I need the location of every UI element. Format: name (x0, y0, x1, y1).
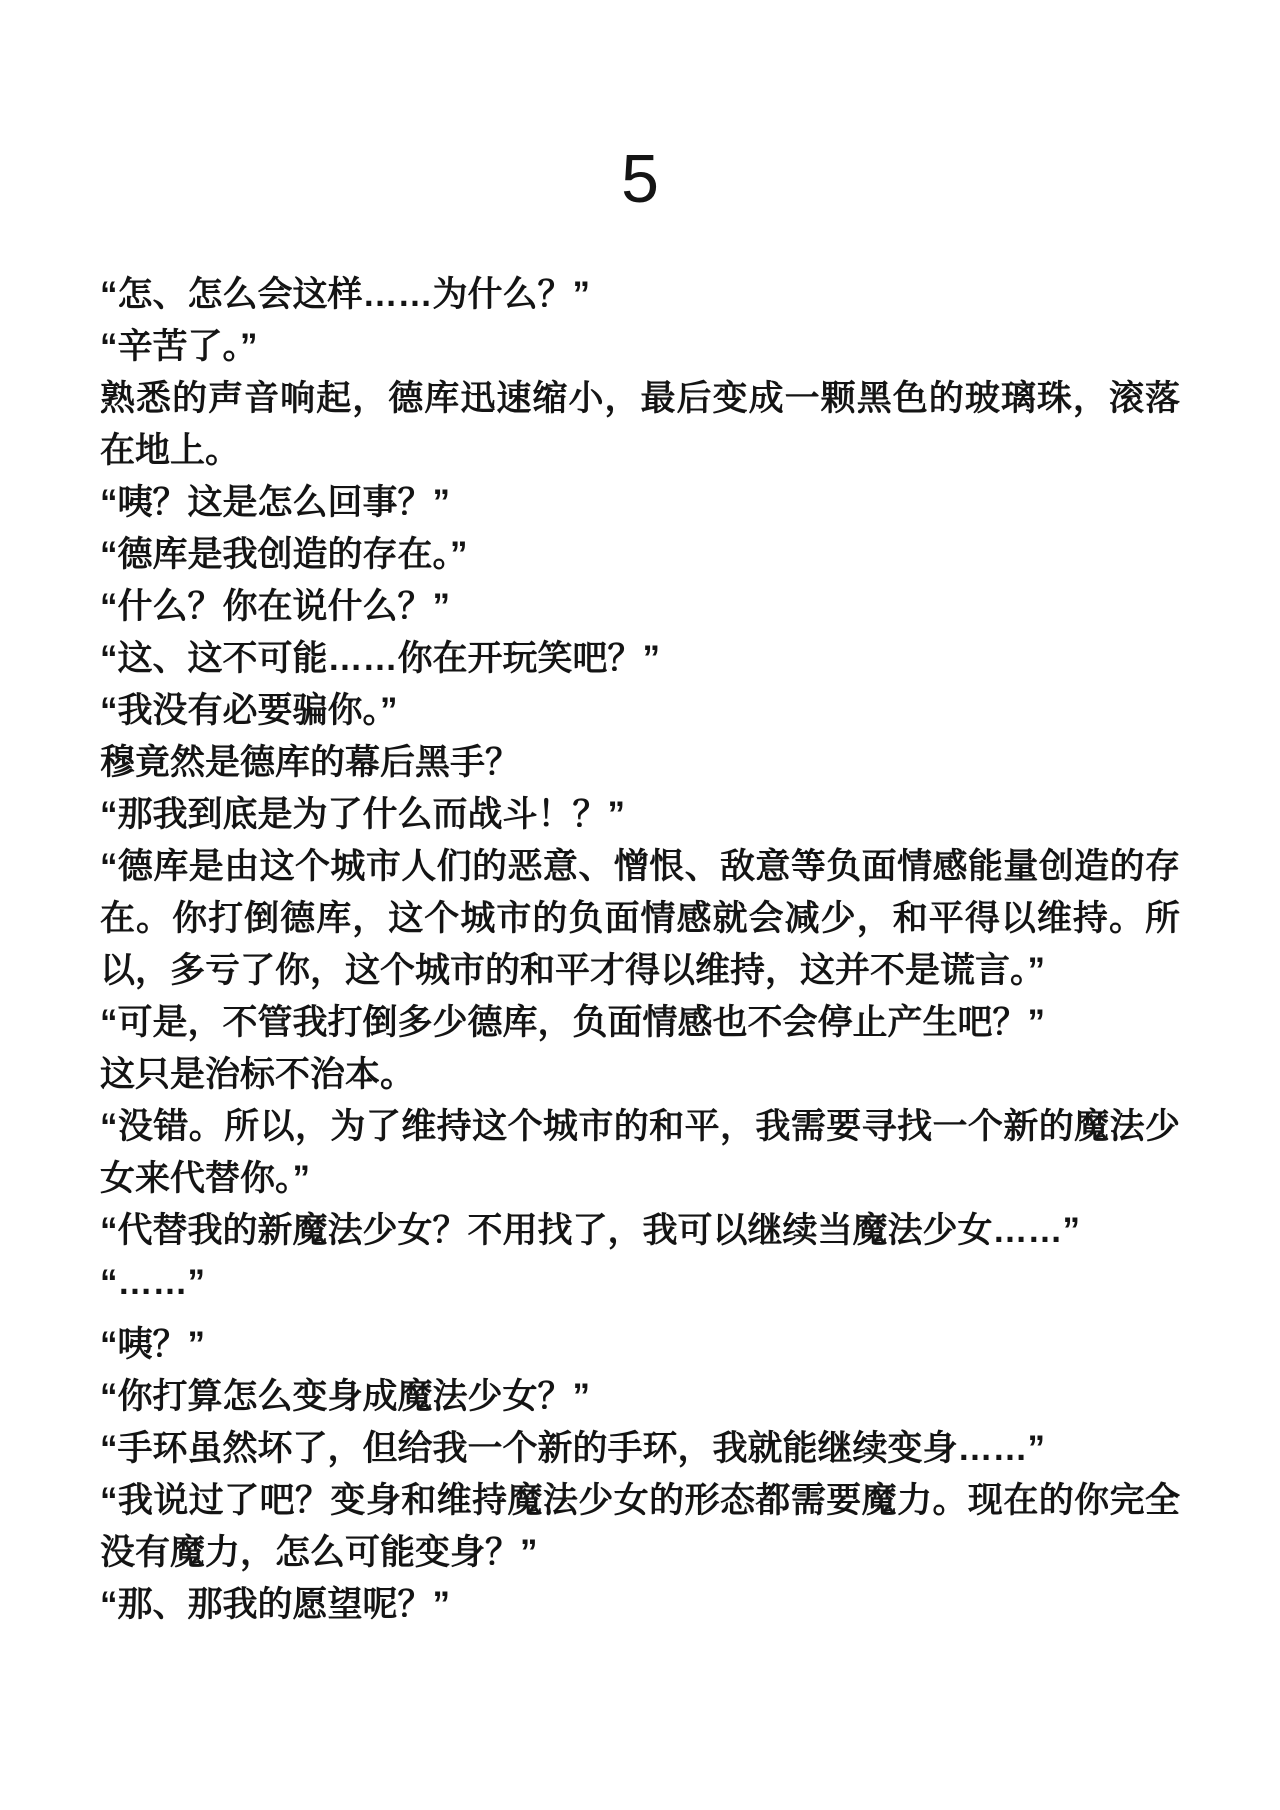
paragraph: “那、那我的愿望呢？” (100, 1579, 1180, 1631)
paragraph: “什么？你在说什么？” (100, 581, 1180, 633)
paragraph: “德库是由这个城市人们的恶意、憎恨、敌意等负面情感能量创造的存在。你打倒德库，这… (100, 841, 1180, 997)
paragraph: “我没有必要骗你。” (100, 685, 1180, 737)
paragraph: “可是，不管我打倒多少德库，负面情感也不会停止产生吧？” (100, 997, 1180, 1049)
paragraph: “那我到底是为了什么而战斗！？” (100, 789, 1180, 841)
paragraph: “……” (100, 1257, 1180, 1309)
paragraph: “手环虽然坏了，但给我一个新的手环，我就能继续变身……” (100, 1423, 1180, 1475)
paragraph: “德库是我创造的存在。” (100, 529, 1180, 581)
paragraph: “我说过了吧？变身和维持魔法少女的形态都需要魔力。现在的你完全没有魔力，怎么可能… (100, 1475, 1180, 1579)
paragraph: “怎、怎么会这样……为什么？” (100, 269, 1180, 321)
chapter-number: 5 (100, 145, 1180, 213)
paragraph: “你打算怎么变身成魔法少女？” (100, 1371, 1180, 1423)
paragraph: “没错。所以，为了维持这个城市的和平，我需要寻找一个新的魔法少女来代替你。” (100, 1101, 1180, 1205)
paragraph: 熟悉的声音响起，德库迅速缩小，最后变成一颗黑色的玻璃珠，滚落在地上。 (100, 373, 1180, 477)
paragraph: 这只是治标不治本。 (100, 1049, 1180, 1101)
paragraph: “这、这不可能……你在开玩笑吧？” (100, 633, 1180, 685)
paragraph: “代替我的新魔法少女？不用找了，我可以继续当魔法少女……” (100, 1205, 1180, 1257)
paragraph: “辛苦了。” (100, 321, 1180, 373)
novel-page: 5 “怎、怎么会这样……为什么？” “辛苦了。” 熟悉的声音响起，德库迅速缩小，… (0, 0, 1280, 1810)
paragraph: 穆竟然是德库的幕后黑手？ (100, 737, 1180, 789)
paragraph: “咦？这是怎么回事？” (100, 477, 1180, 529)
paragraph: “咦？” (100, 1319, 1180, 1371)
chapter-body: “怎、怎么会这样……为什么？” “辛苦了。” 熟悉的声音响起，德库迅速缩小，最后… (100, 269, 1180, 1631)
